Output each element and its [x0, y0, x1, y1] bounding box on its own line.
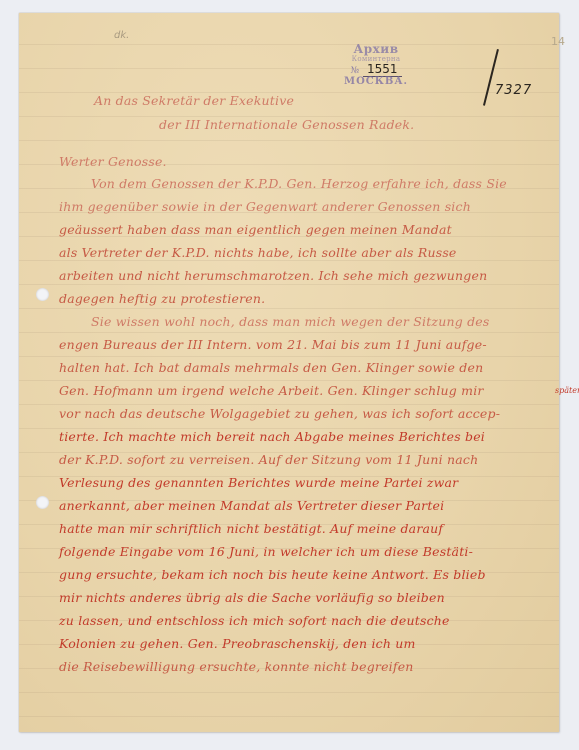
stamp-city: МОСКВА. — [337, 77, 415, 88]
pencil-note: dk. — [114, 30, 129, 41]
body-line: tierte. Ich machte mich bereit nach Abga… — [59, 429, 485, 444]
punch-hole-top — [36, 288, 49, 301]
body-line: die Reisebewilligung ersuchte, konnte ni… — [59, 659, 414, 674]
body-line: anerkannt, aber meinen Mandat als Vertre… — [59, 498, 444, 513]
address-line-2: der III Internationale Genossen Radek. — [159, 117, 414, 132]
body-line: vor nach das deutsche Wolgagebiet zu geh… — [59, 406, 500, 421]
letter-page: dk. 14 Архив Коминтерна № 1551 МОСКВА. 7… — [19, 13, 559, 732]
body-line: ihm gegenüber sowie in der Gegenwart and… — [59, 199, 471, 214]
body-line: Sie wissen wohl noch, dass man mich wege… — [91, 314, 490, 329]
address-line-1: An das Sekretär der Exekutive — [94, 93, 294, 108]
punch-hole-bottom — [36, 496, 49, 509]
body-line: Von dem Genossen der K.P.D. Gen. Herzog … — [91, 176, 507, 191]
body-line: arbeiten und nicht herumschmarotzen. Ich… — [59, 268, 487, 283]
body-line: hatte man mir schriftlich nicht bestätig… — [59, 521, 443, 536]
salutation: Werter Genosse. — [59, 154, 167, 169]
body-line: als Vertreter der K.P.D. nichts habe, ic… — [59, 245, 457, 260]
body-line: mir nichts anderes übrig als die Sache v… — [59, 590, 445, 605]
stamp-number-label: № — [350, 67, 359, 76]
page-number: 14 — [551, 35, 565, 48]
body-line: gung ersuchte, bekam ich noch bis heute … — [59, 567, 486, 582]
body-line: folgende Eingabe vom 16 Juni, in welcher… — [59, 544, 473, 559]
body-line: engen Bureaus der III Intern. vom 21. Ma… — [59, 337, 487, 352]
interlinear-insert: später — [555, 386, 579, 395]
stamp-number: 1551 — [363, 63, 402, 77]
body-line: Gen. Hofmann um irgend welche Arbeit. Ge… — [59, 383, 484, 398]
stamp-title: Архив — [337, 43, 415, 56]
body-line: der K.P.D. sofort zu verreisen. Auf der … — [59, 452, 478, 467]
body-line: Verlesung des genannten Berichtes wurde … — [59, 475, 458, 490]
body-line: halten hat. Ich bat damals mehrmals den … — [59, 360, 483, 375]
body-line: dagegen heftig zu protestieren. — [59, 291, 265, 306]
body-line: geäussert haben dass man eigentlich gege… — [59, 222, 452, 237]
stamp-number-row: № 1551 — [337, 63, 415, 77]
reference-number: 7327 — [495, 83, 532, 98]
body-line: zu lassen, und entschloss ich mich sofor… — [59, 613, 450, 628]
body-line: Kolonien zu gehen. Gen. Preobraschenskij… — [59, 636, 416, 651]
archive-stamp: Архив Коминтерна № 1551 МОСКВА. — [337, 43, 415, 87]
stamp-subtitle: Коминтерна — [337, 56, 415, 63]
